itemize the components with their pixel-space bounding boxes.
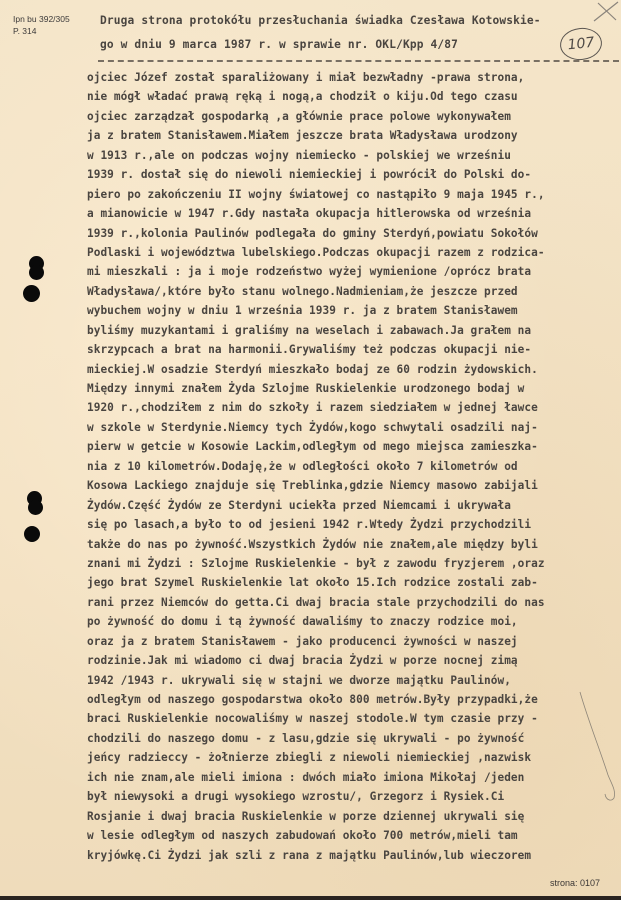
text-line: Rosjanie i dwaj bracia Ruskielenkie w po…	[87, 807, 617, 826]
scan-bottom-edge	[0, 896, 621, 900]
text-line: mi mieszkali : ja i moje rodzeństwo wyże…	[87, 262, 617, 281]
text-line: Podlaski i województwa lubelskiego.Podcz…	[87, 243, 617, 262]
text-line: nie mógł władać prawą ręką i nogą,a chod…	[87, 87, 617, 106]
text-line: po żywność do domu i tą żywność dawaliśm…	[87, 612, 617, 631]
text-line: ojciec zarządzał gospodarką ,a głównie p…	[87, 107, 617, 126]
text-line: Między innymi znałem Żyda Szlojme Ruskie…	[87, 379, 617, 398]
header-divider	[98, 60, 619, 62]
archive-reference-line2: P. 314	[13, 25, 70, 37]
text-line: ojciec Józef został sparaliżowany i miał…	[87, 68, 617, 87]
text-line: skrzypcach a brat na harmonii.Grywaliśmy…	[87, 340, 617, 359]
header-line-1: Druga strona protokółu przesłuchania świ…	[100, 9, 600, 33]
text-line: a mianowicie w 1947 r.Gdy nastała okupac…	[87, 204, 617, 223]
archive-reference-line1: Ipn bu 392/305	[13, 13, 70, 25]
text-line: w 1913 r.,ale on podczas wojny niemiecko…	[87, 146, 617, 165]
page-number-footer: strona: 0107	[550, 878, 600, 888]
text-line: braci Ruskielenkie nocowaliśmy w naszej …	[87, 709, 617, 728]
punch-hole-icon	[29, 265, 44, 280]
pencil-stroke-mark-icon	[578, 690, 618, 810]
text-line: mieckiej.W osadzie Sterdyń mieszkało bod…	[87, 360, 617, 379]
text-line: się po lasach,a było to od jesieni 1942 …	[87, 515, 617, 534]
text-line: wybuchem wojny w dniu 1 września 1939 r.…	[87, 301, 617, 320]
text-line: ich nie znam,ale mieli imiona : dwóch mi…	[87, 768, 617, 787]
text-line: rodzinie.Jak mi wiadomo ci dwaj bracia Ż…	[87, 651, 617, 670]
text-line: pierw w getcie w Kosowie Lackim,odległym…	[87, 437, 617, 456]
text-line: 1939 r.,kolonia Paulinów podlegała do gm…	[87, 224, 617, 243]
text-line: oraz ja z bratem Stanisławem - jako prod…	[87, 632, 617, 651]
text-line: Żydów.Część Żydów ze Sterdyni uciekła pr…	[87, 496, 617, 515]
text-line: jeńcy radzieccy - żołnierze zbiegli z ni…	[87, 748, 617, 767]
text-line: w szkole w Sterdynie.Niemcy tych Żydów,k…	[87, 418, 617, 437]
text-line: ja z bratem Stanisławem.Miałem jeszcze b…	[87, 126, 617, 145]
header-line-2: go w dniu 9 marca 1987 r. w sprawie nr. …	[100, 33, 600, 57]
text-line: odległym od naszego gospodarstwa około 8…	[87, 690, 617, 709]
text-line: znani mi Żydzi : Szlojme Ruskielenkie - …	[87, 554, 617, 573]
punch-hole-icon	[24, 526, 40, 542]
punch-hole-icon	[23, 285, 40, 302]
text-line: rani przez Niemców do getta.Ci dwaj brac…	[87, 593, 617, 612]
text-line: także do nas po żywność.Wszystkich Żydów…	[87, 535, 617, 554]
text-line: był niewysoki a drugi wysokiego wzrostu/…	[87, 787, 617, 806]
text-line: chodzili do naszego domu - z lasu,gdzie …	[87, 729, 617, 748]
testimony-body: ojciec Józef został sparaliżowany i miał…	[87, 68, 617, 865]
pen-cross-mark-icon	[592, 0, 620, 22]
text-line: w lesie odległym od naszych zabudowań ok…	[87, 826, 617, 845]
punch-hole-icon	[28, 500, 43, 515]
archive-reference: Ipn bu 392/305 P. 314	[13, 13, 70, 37]
text-line: byliśmy muzykantami i graliśmy na wesela…	[87, 321, 617, 340]
text-line: nia z 10 kilometrów.Dodaję,że w odległoś…	[87, 457, 617, 476]
text-line: piero po zakończeniu II wojny światowej …	[87, 185, 617, 204]
text-line: Władysława/,które było stanu wolnego.Nad…	[87, 282, 617, 301]
document-page: Ipn bu 392/305 P. 314 Druga strona proto…	[0, 0, 621, 900]
text-line: Kosowa Lackiego znajduje się Treblinka,g…	[87, 476, 617, 495]
text-line: 1939 r. dostał się do niewoli niemieckie…	[87, 165, 617, 184]
text-line: kryjówkę.Ci Żydzi jak szli z rana z mają…	[87, 846, 617, 865]
document-header: Druga strona protokółu przesłuchania świ…	[100, 9, 600, 57]
text-line: jego brat Szymel Ruskielenkie lat około …	[87, 573, 617, 592]
text-line: 1920 r.,chodziłem z nim do szkoły i raze…	[87, 398, 617, 417]
text-line: 1942 /1943 r. ukrywali się w stajni we d…	[87, 671, 617, 690]
